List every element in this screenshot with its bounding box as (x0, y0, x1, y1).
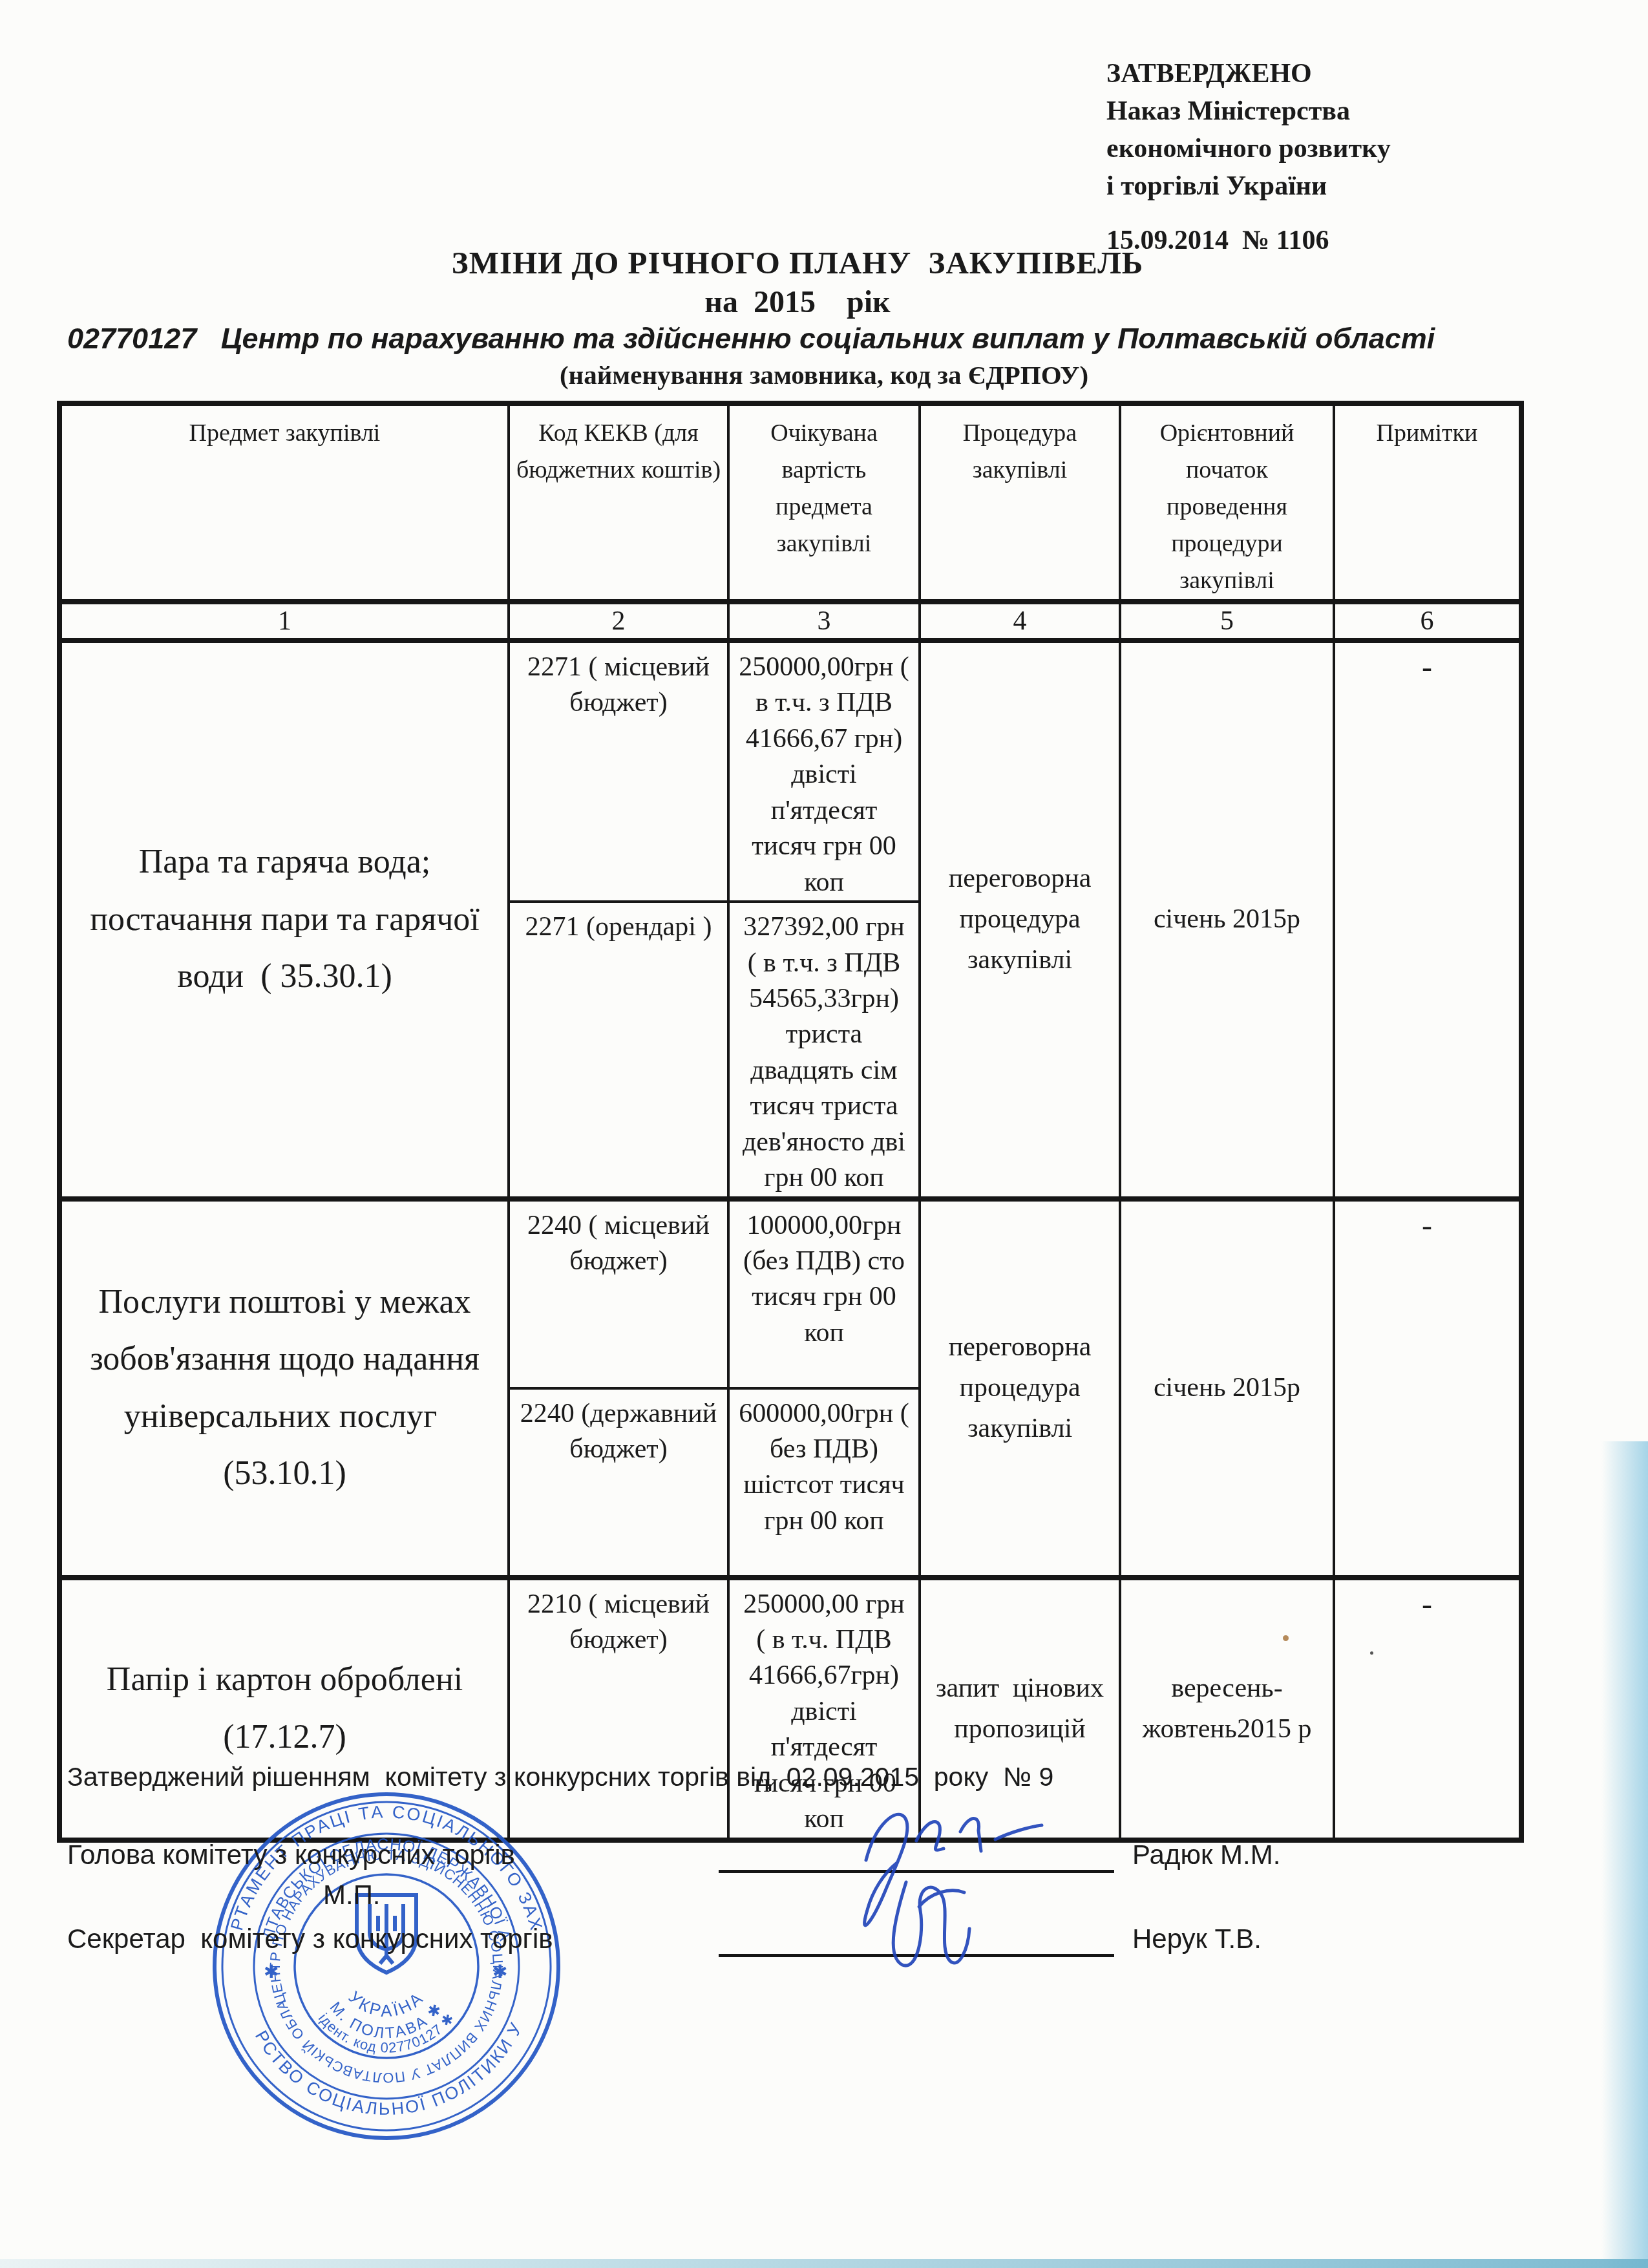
col-header-kekv: Код КЕКВ (для бюджетних коштів) (509, 403, 728, 602)
cell-cost: 100000,00грн (без ПДВ) сто тисяч грн 00 … (728, 1199, 920, 1388)
committee-secretary-label: Секретар комітету з конкурсних торгів (67, 1924, 553, 1955)
column-number-row: 1 2 3 4 5 6 (59, 602, 1521, 641)
cell-start: січень 2015р (1120, 1199, 1334, 1578)
dust-speck (1283, 1635, 1289, 1641)
cell-note: - (1334, 1578, 1521, 1840)
col-header-start: Орієнтовний початок проведення процедури… (1120, 403, 1334, 602)
cell-kekv: 2271 ( місцевий бюджет) (509, 641, 728, 902)
cell-cost: 327392,00 грн ( в т.ч. з ПДВ 54565,33грн… (728, 902, 920, 1199)
column-number: 1 (59, 602, 509, 641)
cell-start: вересень-жовтень2015 р (1120, 1578, 1334, 1840)
procurement-table: Предмет закупівлі Код КЕКВ (для бюджетни… (57, 401, 1524, 1843)
approval-block: ЗАТВЕРДЖЕНО Наказ Міністерства економічн… (1106, 56, 1391, 260)
cell-subject: Послуги поштові у межах зобов'язання щод… (59, 1199, 509, 1578)
dust-speck (1370, 1651, 1373, 1655)
seal-place-label: М.П. (323, 1880, 381, 1911)
committee-head-label: Голова комітету з конкурсних торгів (67, 1839, 515, 1871)
approval-line: і торгівлі України (1106, 168, 1391, 206)
customer-note: (найменування замовника, код за ЄДРПОУ) (0, 359, 1648, 390)
ink-signatures (679, 1777, 1131, 1991)
cell-kekv: 2240 (державний бюджет) (509, 1388, 728, 1578)
committee-head-name: Радюк М.М. (1132, 1839, 1280, 1871)
committee-secretary-name: Нерук Т.В. (1132, 1924, 1262, 1955)
col-header-notes: Примітки (1334, 403, 1521, 602)
stamp-center-text: УКРАЇНА (345, 1987, 428, 2020)
cell-note: - (1334, 1199, 1521, 1578)
column-number: 2 (509, 602, 728, 641)
cell-cost: 600000,00грн ( без ПДВ) шістсот тисяч гр… (728, 1388, 920, 1578)
column-number: 6 (1334, 602, 1521, 641)
approval-line: економічного розвитку (1106, 131, 1391, 168)
scanner-edge-artifact (0, 2259, 1648, 2268)
scanned-document-page: ЗАТВЕРДЖЕНО Наказ Міністерства економічн… (0, 0, 1648, 2268)
table-header-row: Предмет закупівлі Код КЕКВ (для бюджетни… (59, 403, 1521, 602)
col-header-procedure: Процедура закупівлі (920, 403, 1120, 602)
cell-kekv: 2240 ( місцевий бюджет) (509, 1199, 728, 1388)
customer-line: 02770127 Центр по нарахуванню та здійсне… (67, 322, 1554, 355)
cell-kekv: 2271 (орендарі ) (509, 902, 728, 1199)
cell-procedure: переговорна процедура закупівлі (920, 641, 1120, 1199)
cell-note: - (1334, 641, 1521, 1199)
approval-title: ЗАТВЕРДЖЕНО (1106, 56, 1391, 93)
col-header-cost: Очікувана вартість предмета закупівлі (728, 403, 920, 602)
stamp-star-icon: ✱ (492, 1962, 507, 1982)
scanner-edge-artifact (1601, 1441, 1648, 2268)
head-signature-stroke (865, 1814, 907, 1925)
col-header-subject: Предмет закупівлі (59, 403, 509, 602)
cell-cost: 250000,00грн ( в т.ч. з ПДВ 41666,67 грн… (728, 641, 920, 902)
page-title: ЗМІНИ ДО РІЧНОГО ПЛАНУ ЗАКУПІВЕЛЬ (0, 244, 1595, 281)
head-signature-stroke (960, 1819, 1042, 1852)
column-number: 3 (728, 602, 920, 641)
column-number: 5 (1120, 602, 1334, 641)
head-signature-stroke (916, 1821, 944, 1850)
page-title-year: на 2015 рік (0, 284, 1595, 320)
svg-text:УКРАЇНА: УКРАЇНА (345, 1987, 428, 2020)
approval-line: Наказ Міністерства (1106, 93, 1391, 131)
stamp-star-icon: ✱ (264, 1962, 279, 1982)
cell-procedure: переговорна процедура закупівлі (920, 1199, 1120, 1578)
column-number: 4 (920, 602, 1120, 641)
cell-start: січень 2015р (1120, 641, 1334, 1199)
table-row: Пара та гаряча вода; постачання пари та … (59, 641, 1521, 902)
cell-subject: Пара та гаряча вода; постачання пари та … (59, 641, 509, 1199)
table-row: Послуги поштові у межах зобов'язання щод… (59, 1199, 1521, 1388)
